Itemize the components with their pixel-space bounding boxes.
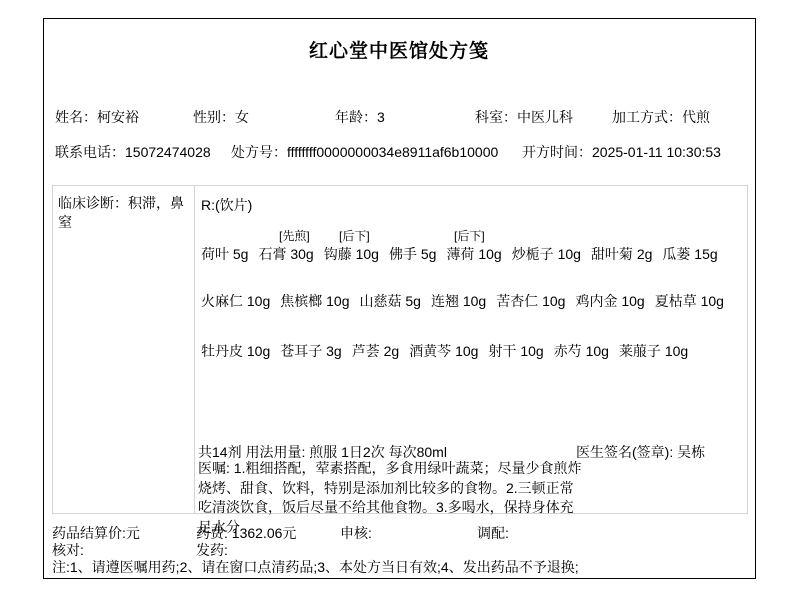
annotation-add-later-1: [后下] [339,227,370,244]
drug-item: 焦槟榔 10g [280,291,349,311]
annotation-add-later-2: [后下] [454,227,485,244]
field-issue-time: 开方时间：2025-01-11 10:30:53 [522,142,721,162]
gender-label: 性别： [193,109,235,125]
drug-item: 苍耳子 3g [280,341,341,361]
gender-value: 女 [235,109,249,125]
rx-cell: R:(饮片) [先煎] [后下] [后下] 荷叶 5g 石膏 30g 钩藤 10… [196,186,747,513]
review-field: 申核: [340,523,372,543]
rx-header: R:(饮片) [201,195,252,215]
patient-name-value: 柯安裕 [97,109,139,125]
drug-item: 薄荷 10g [446,244,501,264]
patient-name-label: 姓名： [55,109,97,125]
drug-item: 炒栀子 10g [512,244,581,264]
field-gender: 性别：女 [193,107,249,127]
field-processing-method: 加工方式：代煎 [612,107,710,127]
drug-item: 山慈菇 5g [360,291,421,311]
drug-item: 射干 10g [488,341,543,361]
drug-line-3: 牡丹皮 10g 苍耳子 3g 芦荟 2g 酒黄芩 10g 射干 10g 赤芍 1… [201,341,688,361]
diagnosis-label: 临床诊断： [58,195,128,211]
processing-method-label: 加工方式： [612,109,682,125]
drug-item: 牡丹皮 10g [201,341,270,361]
drug-item: 火麻仁 10g [201,291,270,311]
drug-item: 苦杏仁 10g [496,291,565,311]
prescription-body: 临床诊断：积滞，鼻窒 R:(饮片) [先煎] [后下] [后下] 荷叶 5g 石… [52,185,748,514]
issue-time-label: 开方时间： [522,144,592,160]
drug-item: 夏枯草 10g [655,291,724,311]
drug-line-1: 荷叶 5g 石膏 30g 钩藤 10g 佛手 5g 薄荷 10g 炒栀子 10g… [201,244,718,264]
age-label: 年龄： [335,109,377,125]
drug-item: 鸡内金 10g [575,291,644,311]
field-prescription-number: 处方号：ffffffff0000000034e8911af6b10000 [231,142,498,162]
doctor-signature: 医生签名(签章): 吴栋 [576,442,705,462]
page-title: 红心堂中医馆处方笺 [43,36,755,63]
field-department: 科室：中医儿科 [475,107,573,127]
drug-item: 莱菔子 10g [619,341,688,361]
drug-item: 石膏 30g [258,244,313,264]
department-label: 科室： [475,109,517,125]
drug-item: 瓜蒌 15g [662,244,717,264]
department-value: 中医儿科 [517,109,573,125]
field-patient-name: 姓名：柯安裕 [55,107,139,127]
drug-item: 甜叶菊 2g [591,244,652,264]
phone-value: 15072474028 [125,144,211,160]
issue-time-value: 2025-01-11 10:30:53 [592,144,721,160]
field-age: 年龄：3 [335,107,385,127]
phone-label: 联系电话： [55,144,125,160]
prescription-number-value: ffffffff0000000034e8911af6b10000 [287,144,498,160]
drug-item: 芦荟 2g [352,341,399,361]
drug-item: 钩藤 10g [324,244,379,264]
dispense-prepare-field: 调配: [477,523,509,543]
prescription-number-label: 处方号： [231,144,287,160]
drug-item: 连翘 10g [431,291,486,311]
age-value: 3 [377,109,385,125]
field-phone: 联系电话：15072474028 [55,142,211,162]
drug-item: 酒黄芩 10g [409,341,478,361]
prescription-page: 红心堂中医馆处方笺 姓名：柯安裕 性别：女 年龄：3 科室：中医儿科 加工方式：… [0,0,800,600]
diagnosis-cell: 临床诊断：积滞，鼻窒 [53,186,195,513]
drug-item: 荷叶 5g [201,244,248,264]
annotation-decoct-first: [先煎] [279,227,310,244]
processing-method-value: 代煎 [682,109,710,125]
footer-note: 注:1、请遵医嘱用药;2、请在窗口点清药品;3、本处方当日有效;4、发出药品不予… [52,557,579,577]
drug-item: 佛手 5g [389,244,436,264]
drug-line-2: 火麻仁 10g 焦槟榔 10g 山慈菇 5g 连翘 10g 苦杏仁 10g 鸡内… [201,291,724,311]
drug-item: 赤芍 10g [554,341,609,361]
